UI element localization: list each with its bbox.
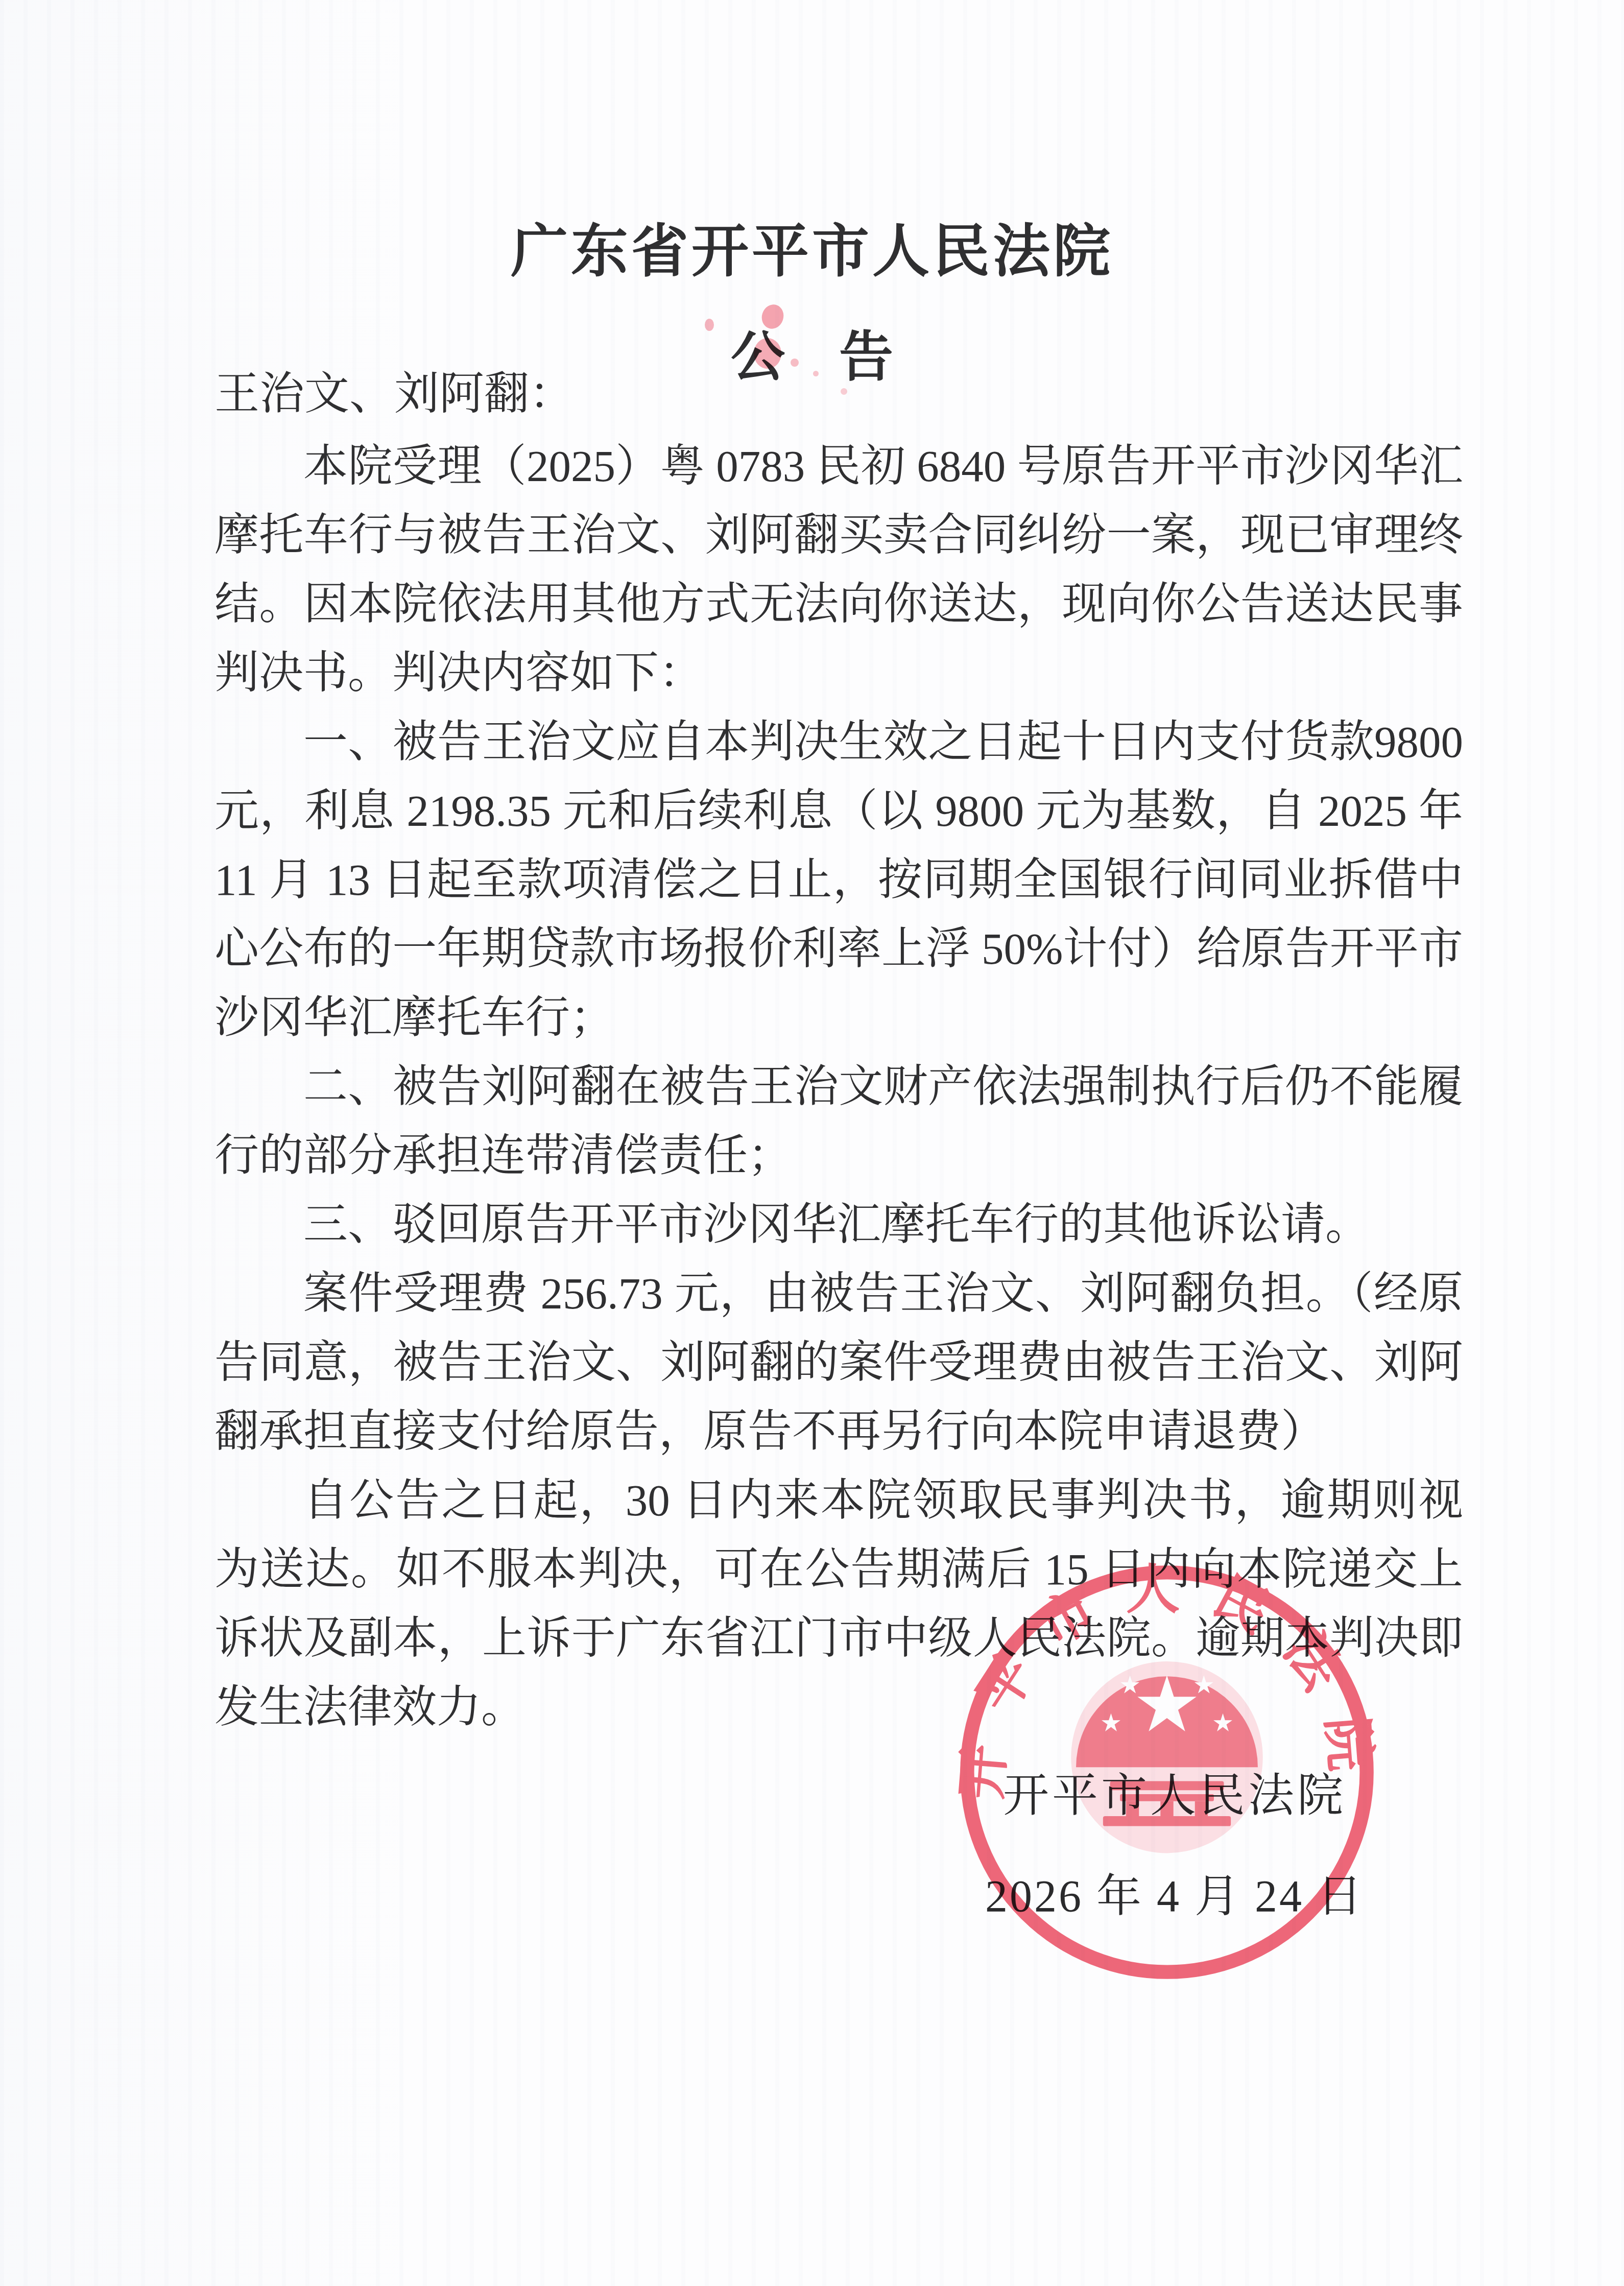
page-title: 广东省开平市人民法院 <box>0 218 1624 287</box>
paragraph-2: 一、被告王治文应自本判决生效之日起十日内支付货款9800元，利息 2198.35… <box>214 707 1463 1052</box>
paragraph-4: 三、驳回原告开平市沙冈华汇摩托车行的其他诉讼请。 <box>214 1190 1463 1259</box>
court-seal: 开平市人民法院 <box>942 1547 1392 1997</box>
national-emblem-icon <box>1071 1661 1262 1853</box>
addressees: 王治文、刘阿翻： <box>214 364 574 425</box>
court-announcement-page: 广东省开平市人民法院 公 告 王治文、刘阿翻： 本院受理（2025）粤 0783… <box>0 0 1624 2286</box>
paragraph-1: 本院受理（2025）粤 0783 民初 6840 号原告开平市沙冈华汇摩托车行与… <box>214 432 1463 707</box>
body-paragraphs: 本院受理（2025）粤 0783 民初 6840 号原告开平市沙冈华汇摩托车行与… <box>214 432 1463 1742</box>
paragraph-3: 二、被告刘阿翻在被告王治文财产依法强制执行后仍不能履行的部分承担连带清偿责任； <box>214 1052 1463 1190</box>
paragraph-5: 案件受理费 256.73 元，由被告王治文、刘阿翻负担。（经原告同意，被告王治文… <box>214 1259 1463 1466</box>
